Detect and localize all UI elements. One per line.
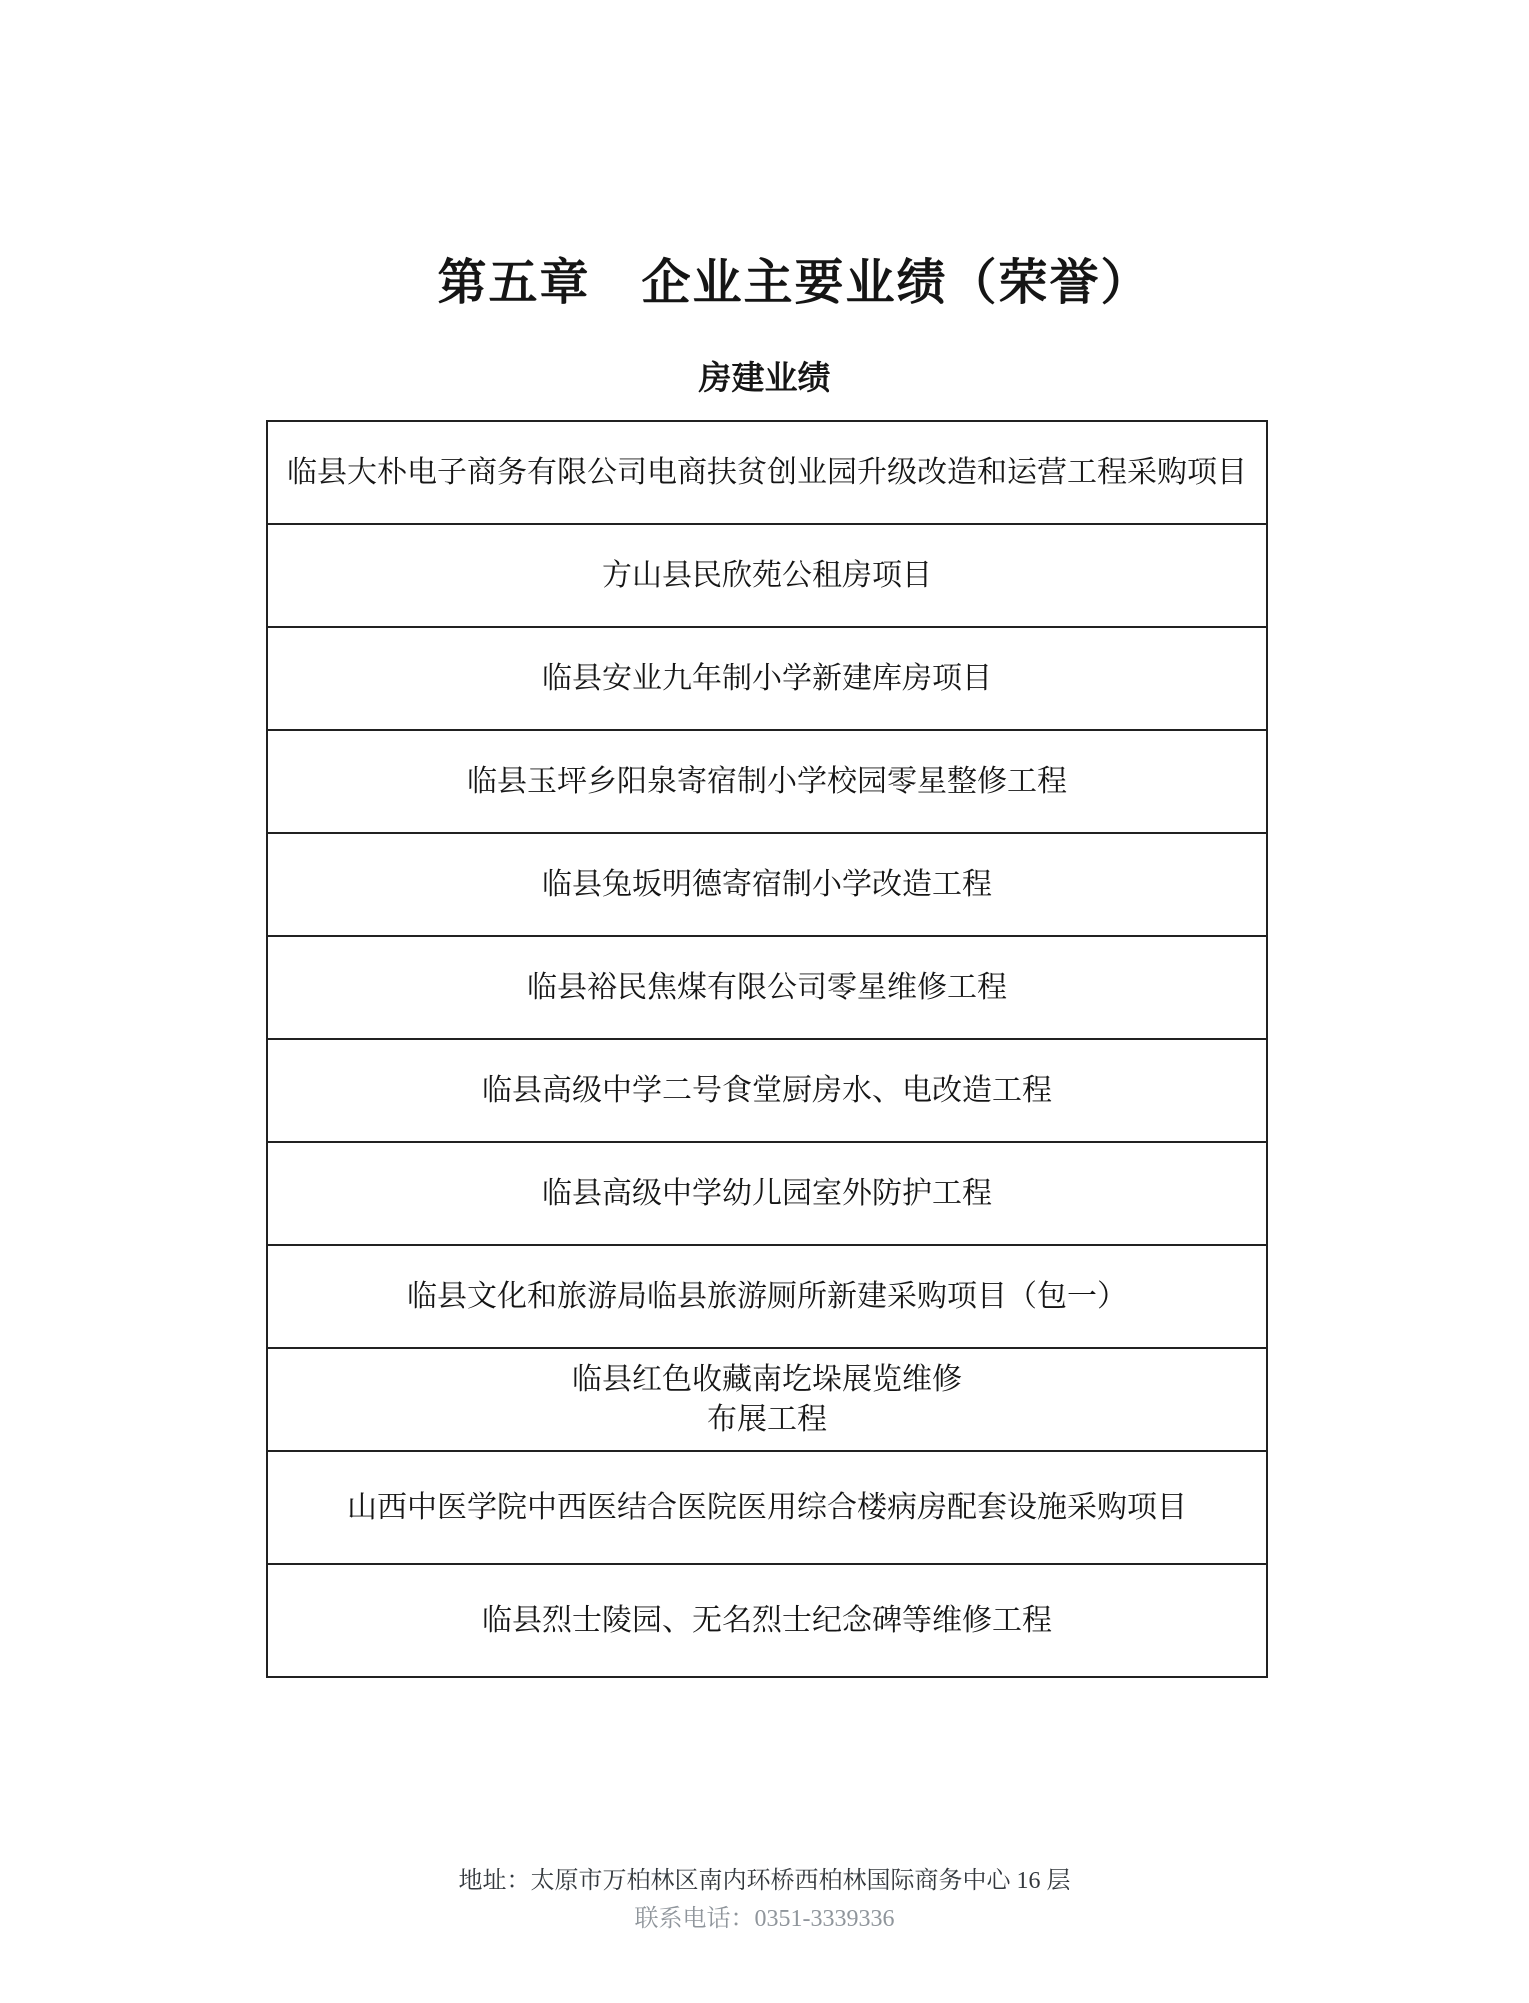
table-row: 临县烈士陵园、无名烈士纪念碑等维修工程 xyxy=(268,1563,1266,1676)
table-row: 方山县民欣苑公租房项目 xyxy=(268,523,1266,626)
table-row: 临县高级中学二号食堂厨房水、电改造工程 xyxy=(268,1038,1266,1141)
project-name: 山西中医学院中西医结合医院医用综合楼病房配套设施采购项目 xyxy=(347,1488,1187,1528)
section-subtitle: 房建业绩 xyxy=(0,352,1529,399)
table-row: 临县安业九年制小学新建库房项目 xyxy=(268,626,1266,729)
project-name-line-2: 布展工程 xyxy=(707,1400,827,1440)
footer-address: 地址：太原市万柏林区南内环桥西柏林国际商务中心 16 层 xyxy=(0,1860,1529,1895)
project-name: 临县裕民焦煤有限公司零星维修工程 xyxy=(527,968,1007,1008)
table-row: 临县裕民焦煤有限公司零星维修工程 xyxy=(268,935,1266,1038)
chapter-title: 第五章 企业主要业绩（荣誉） xyxy=(30,244,1529,314)
project-name: 临县玉坪乡阳泉寄宿制小学校园零星整修工程 xyxy=(467,762,1067,802)
project-name: 临县大朴电子商务有限公司电商扶贫创业园升级改造和运营工程采购项目 xyxy=(287,453,1247,493)
project-name: 临县安业九年制小学新建库房项目 xyxy=(542,659,992,699)
project-name: 临县高级中学幼儿园室外防护工程 xyxy=(542,1174,992,1214)
table-row: 临县玉坪乡阳泉寄宿制小学校园零星整修工程 xyxy=(268,729,1266,832)
table-row: 临县大朴电子商务有限公司电商扶贫创业园升级改造和运营工程采购项目 xyxy=(268,422,1266,523)
table-row: 临县红色收藏南圪垛展览维修 布展工程 xyxy=(268,1347,1266,1450)
table-row: 临县兔坂明德寄宿制小学改造工程 xyxy=(268,832,1266,935)
table-row: 山西中医学院中西医结合医院医用综合楼病房配套设施采购项目 xyxy=(268,1450,1266,1563)
performance-table: 临县大朴电子商务有限公司电商扶贫创业园升级改造和运营工程采购项目 方山县民欣苑公… xyxy=(266,420,1268,1678)
footer-phone: 联系电话：0351-3339336 xyxy=(0,1898,1529,1933)
document-page: 第五章 企业主要业绩（荣誉） 房建业绩 临县大朴电子商务有限公司电商扶贫创业园升… xyxy=(0,0,1529,2003)
table-row: 临县高级中学幼儿园室外防护工程 xyxy=(268,1141,1266,1244)
project-name: 临县烈士陵园、无名烈士纪念碑等维修工程 xyxy=(482,1601,1052,1641)
project-name-line-1: 临县红色收藏南圪垛展览维修 xyxy=(572,1360,962,1400)
table-row: 临县文化和旅游局临县旅游厕所新建采购项目（包一） xyxy=(268,1244,1266,1347)
project-name: 临县高级中学二号食堂厨房水、电改造工程 xyxy=(482,1071,1052,1111)
project-name: 临县文化和旅游局临县旅游厕所新建采购项目（包一） xyxy=(407,1277,1127,1317)
project-name: 临县兔坂明德寄宿制小学改造工程 xyxy=(542,865,992,905)
project-name: 方山县民欣苑公租房项目 xyxy=(602,556,932,596)
